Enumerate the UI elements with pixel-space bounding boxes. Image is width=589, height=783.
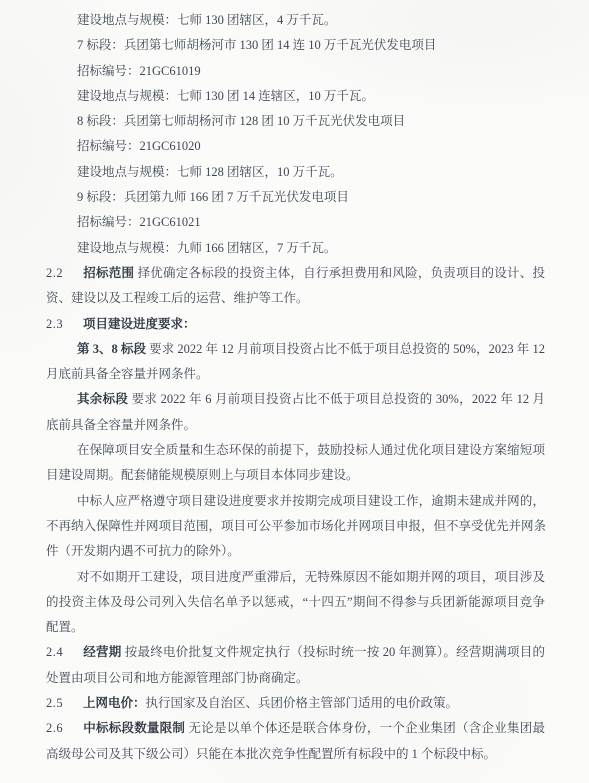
doc-line: 建设地点与规模：七师 130 团辖区，4 万千瓦。: [46, 8, 545, 33]
doc-line: 2.2招标范围 择优确定各标段的投资主体，自行承担费用和风险，负责项目的设计、投: [46, 261, 545, 286]
doc-line: 招标编号：21GC61020: [46, 134, 545, 159]
line-text: 配置。: [46, 620, 84, 634]
doc-line: 资、建设以及工程竣工后的运营、维护等工作。: [46, 286, 545, 311]
line-text: 招标编号：21GC61019: [77, 64, 201, 78]
line-text: 中标人应严格遵守项目建设进度要求并按期完成项目建设工作，逾期未建成并网的，: [77, 494, 545, 508]
doc-line: 第 3、8 标段 要求 2022 年 12 月前项目投资占比不低于项目总投资的 …: [46, 337, 545, 362]
heading-bold: 项目建设进度要求：: [83, 317, 196, 331]
line-text: 要求 2022 年 6 月前项目投资占比不低于项目总投资的 30%，2022 年…: [128, 392, 545, 406]
doc-line: 8 标段：兵团第七师胡杨河市 128 团 10 万千瓦光伏发电项目: [46, 109, 545, 134]
heading-bold: 招标范围: [83, 266, 134, 280]
doc-line: 建设地点与规模：七师 128 团辖区，10 万千瓦。: [46, 160, 545, 185]
line-text: 建设地点与规模：九师 166 团辖区，7 万千瓦。: [77, 241, 336, 255]
line-text: 在保障项目安全质量和生态环保的前提下，鼓励投标人通过优化项目建设方案缩短项: [77, 443, 545, 457]
doc-line: 处置由项目公司和地方能源管理部门协商确定。: [46, 666, 545, 691]
section-number: 2.5: [46, 691, 83, 716]
line-text: 的投资主体及母公司列入失信名单予以惩戒，“十四五”期间不得参与兵团新能源项目竞争: [46, 595, 545, 609]
heading-bold: 其余标段: [77, 392, 128, 406]
doc-line: 中标人应严格遵守项目建设进度要求并按期完成项目建设工作，逾期未建成并网的，: [46, 489, 545, 514]
doc-line: 不再纳入保障性并网项目范围，项目可公平参加市场化并网项目申报，但不享受优先并网条: [46, 514, 545, 539]
doc-line: 建设地点与规模：七师 130 团 14 连辖区，10 万千瓦。: [46, 84, 545, 109]
line-text: 资、建设以及工程竣工后的运营、维护等工作。: [46, 291, 309, 305]
line-text: 7 标段：兵团第七师胡杨河市 130 团 14 连 10 万千瓦光伏发电项目: [77, 38, 436, 52]
doc-line: 招标编号：21GC61019: [46, 59, 545, 84]
page-content: 建设地点与规模：七师 130 团辖区，4 万千瓦。 7 标段：兵团第七师胡杨河市…: [0, 0, 589, 783]
line-text: 底前具备全容量并网条件。: [46, 418, 196, 432]
line-text: 9 标段：兵团第九师 166 团 7 万千瓦光伏发电项目: [77, 190, 349, 204]
doc-line: 高级母公司及其下级公司）只能在本批次竞争性配置所有标段中的 1 个标段中标。: [46, 742, 545, 767]
doc-line: 目建设周期。配套储能规模原则上与项目本体同步建设。: [46, 463, 545, 488]
line-text: 建设地点与规模：七师 130 团辖区，4 万千瓦。: [77, 13, 336, 27]
line-text: 处置由项目公司和地方能源管理部门协商确定。: [46, 671, 309, 685]
line-text: 不再纳入保障性并网项目范围，项目可公平参加市场化并网项目申报，但不享受优先并网条: [46, 519, 546, 533]
line-text: 月底前具备全容量并网条件。: [46, 367, 209, 381]
line-text: 对不如期开工建设，项目进度严重滞后，无特殊原因不能如期并网的项目，项目涉及: [77, 570, 545, 584]
heading-bold: 上网电价：: [83, 696, 146, 710]
heading-bold: 第 3、8 标段: [77, 342, 146, 356]
section-number: 2.2: [46, 261, 83, 286]
doc-line: 2.3项目建设进度要求：: [46, 312, 545, 337]
line-text: 要求 2022 年 12 月前项目投资占比不低于项目总投资的 50%，2023 …: [146, 342, 545, 356]
doc-line: 7 标段：兵团第七师胡杨河市 130 团 14 连 10 万千瓦光伏发电项目: [46, 33, 545, 58]
section-number: 2.6: [46, 716, 83, 741]
line-text: 建设地点与规模：七师 128 团辖区，10 万千瓦。: [77, 165, 343, 179]
line-text: 高级母公司及其下级公司）只能在本批次竞争性配置所有标段中的 1 个标段中标。: [46, 747, 496, 761]
doc-line: 招标编号：21GC61021: [46, 210, 545, 235]
doc-line: 2.6中标标段数量限制 无论是以单个体还是联合体身份，一个企业集团（含企业集团最: [46, 716, 545, 741]
line-text: 按最终电价批复文件规定执行（投标时统一按 20 年测算）。经营期满项目的: [121, 645, 545, 659]
doc-line: 月底前具备全容量并网条件。: [46, 362, 545, 387]
section-number: 2.4: [46, 640, 83, 665]
line-text: 8 标段：兵团第七师胡杨河市 128 团 10 万千瓦光伏发电项目: [77, 114, 405, 128]
doc-line: 配置。: [46, 615, 545, 640]
line-text: 目建设周期。配套储能规模原则上与项目本体同步建设。: [46, 468, 359, 482]
heading-bold: 经营期: [83, 645, 121, 659]
doc-line: 在保障项目安全质量和生态环保的前提下，鼓励投标人通过优化项目建设方案缩短项: [46, 438, 545, 463]
line-text: 招标编号：21GC61021: [77, 215, 201, 229]
doc-line: 2.5上网电价：执行国家及自治区、兵团价格主管部门适用的电价政策。: [46, 691, 545, 716]
doc-line: 件（开发期内遇不可抗力的除外）。: [46, 539, 545, 564]
line-text: 件（开发期内遇不可抗力的除外）。: [46, 544, 240, 558]
doc-line: 的投资主体及母公司列入失信名单予以惩戒，“十四五”期间不得参与兵团新能源项目竞争: [46, 590, 545, 615]
heading-bold: 中标标段数量限制: [83, 721, 185, 735]
line-text: 建设地点与规模：七师 130 团 14 连辖区，10 万千瓦。: [77, 89, 374, 103]
doc-line: 建设地点与规模：九师 166 团辖区，7 万千瓦。: [46, 236, 545, 261]
doc-line: 9 标段：兵团第九师 166 团 7 万千瓦光伏发电项目: [46, 185, 545, 210]
doc-line: 对不如期开工建设，项目进度严重滞后，无特殊原因不能如期并网的项目，项目涉及: [46, 565, 545, 590]
line-text: 择优确定各标段的投资主体，自行承担费用和风险，负责项目的设计、投: [134, 266, 545, 280]
doc-line: 2.4经营期 按最终电价批复文件规定执行（投标时统一按 20 年测算）。经营期满…: [46, 640, 545, 665]
doc-line: 其余标段 要求 2022 年 6 月前项目投资占比不低于项目总投资的 30%，2…: [46, 387, 545, 412]
doc-line: 底前具备全容量并网条件。: [46, 413, 545, 438]
line-text: 招标编号：21GC61020: [77, 139, 201, 153]
line-text: 执行国家及自治区、兵团价格主管部门适用的电价政策。: [146, 696, 459, 710]
section-number: 2.3: [46, 312, 83, 337]
scanned-document-page: { "page": { "colors": { "paper": "#fbfbf…: [0, 0, 589, 783]
line-text: 无论是以单个体还是联合体身份，一个企业集团（含企业集团最: [185, 721, 545, 735]
